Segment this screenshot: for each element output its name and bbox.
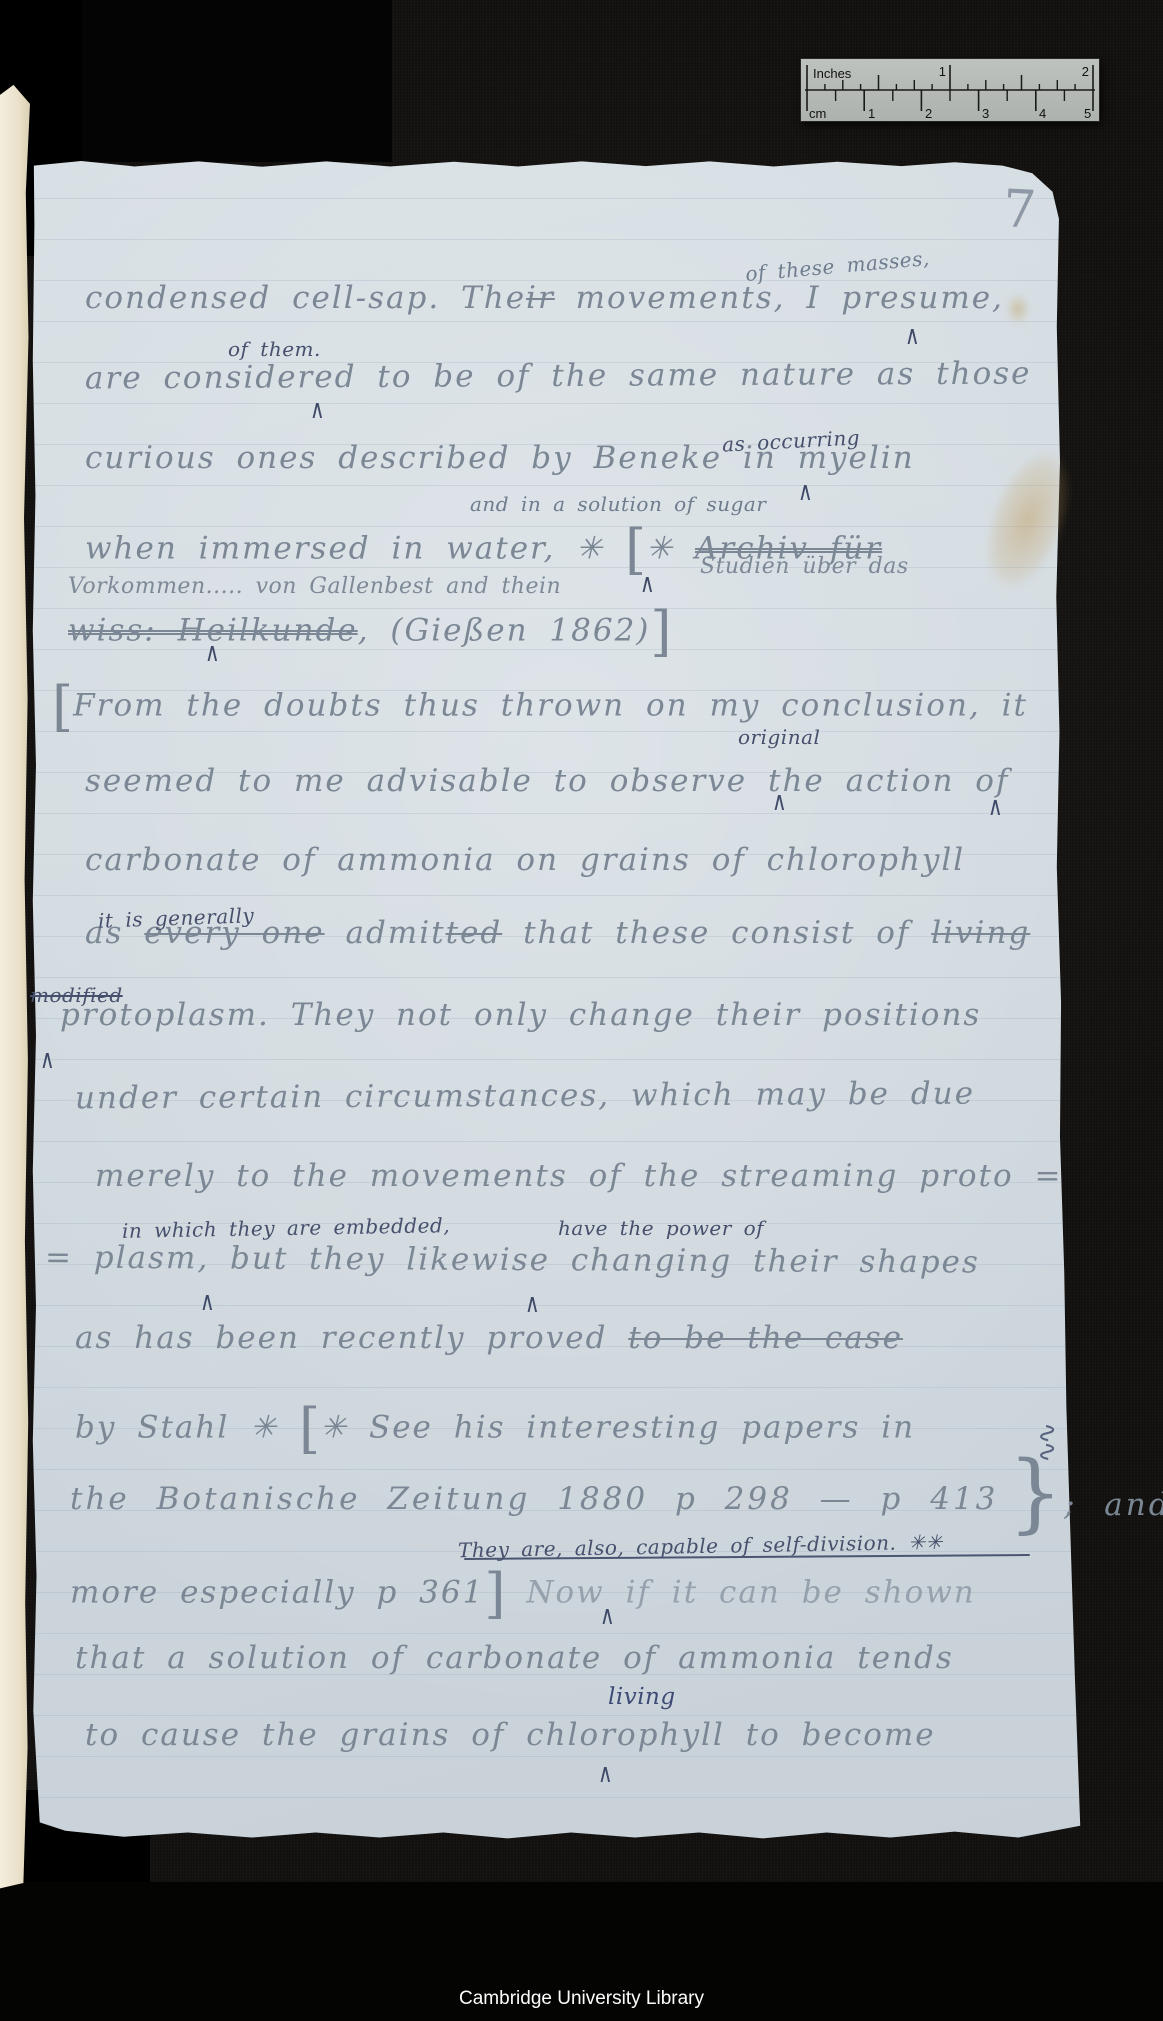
handwritten-line-10: carbonate of ammonia on grains of chloro… bbox=[85, 842, 965, 878]
paper-stain bbox=[947, 409, 1109, 631]
handwritten-line-21: to cause the grains of chlorophyll to be… bbox=[85, 1717, 936, 1753]
measurement-scale-bar: Inches 1 2 cm 1 2 3 4 5 bbox=[801, 59, 1099, 121]
ruler-cm-3: 3 bbox=[982, 106, 989, 121]
handwritten-line-15: = plasm, but they likewise changing thei… bbox=[45, 1240, 980, 1281]
handwritten-line-19: more especially p 361] Now if it can be … bbox=[70, 1562, 976, 1625]
ruler-cm-2: 2 bbox=[925, 106, 932, 121]
ruler-inches-label: Inches bbox=[813, 66, 852, 81]
hand-drawn-squiggle: ∿∿ bbox=[1032, 1422, 1062, 1460]
interlinear-insertion-9: have the power of bbox=[558, 1216, 764, 1240]
dark-flap-top-left bbox=[82, 0, 392, 162]
caret-mark: ∧ bbox=[205, 636, 220, 667]
caret-mark: ∧ bbox=[525, 1287, 540, 1318]
handwriting-layer: 7 condensed cell-sap. Their movements, I… bbox=[28, 158, 1093, 1846]
opening-bracket: [ bbox=[52, 675, 73, 738]
handwritten-line-17: by Stahl ✳ [✳ See his interesting papers… bbox=[75, 1397, 915, 1460]
handwritten-line-12: protoplasm. They not only change their p… bbox=[60, 997, 981, 1033]
interlinear-insertion-4: and in a solution of sugar bbox=[470, 492, 766, 516]
page-number: 7 bbox=[1001, 179, 1037, 241]
caret-mark: ∧ bbox=[988, 790, 1003, 821]
handwritten-line-9: seemed to me advisable to observe the ac… bbox=[85, 763, 1009, 799]
handwritten-line-5: Studien über das bbox=[700, 554, 909, 579]
ruler-inch-1: 1 bbox=[939, 64, 946, 79]
manuscript-photograph: 7 condensed cell-sap. Their movements, I… bbox=[0, 0, 1163, 2021]
ruler-cm-5: 5 bbox=[1084, 106, 1091, 121]
book-page-edge bbox=[0, 84, 30, 1892]
caret-mark: ∧ bbox=[772, 785, 787, 816]
ruler-cm-label: cm bbox=[809, 106, 826, 121]
handwritten-line-2: are considered to be of the same nature … bbox=[85, 356, 1032, 397]
opening-bracket: [ bbox=[299, 1397, 320, 1460]
caret-mark: ∧ bbox=[40, 1043, 55, 1074]
interlinear-insertion-8: in which they are embedded, bbox=[122, 1213, 450, 1243]
caret-mark: ∧ bbox=[200, 1285, 215, 1316]
handwritten-line-13: under certain circumstances, which may b… bbox=[75, 1076, 975, 1117]
paper-stain-small bbox=[1000, 286, 1036, 332]
handwritten-line-7: wiss: Heilkunde, (Gießen 1862)] bbox=[68, 600, 672, 663]
library-credit: Cambridge University Library bbox=[459, 1988, 704, 2009]
handwritten-line-6: Vorkommen..... von Gallenbest and thein bbox=[68, 574, 561, 599]
handwritten-line-1: condensed cell-sap. Their movements, I p… bbox=[85, 280, 1004, 316]
handwritten-line-20: that a solution of carbonate of ammonia … bbox=[75, 1640, 954, 1676]
handwritten-line-18: the Botanische Zeitung 1880 p 298 — p 41… bbox=[70, 1481, 998, 1517]
closing-bracket: ] bbox=[650, 600, 671, 663]
interlinear-insertion-11: living bbox=[608, 1684, 676, 1710]
interlinear-insertion-2: of them. bbox=[228, 337, 321, 361]
handwritten-line-8: [From the doubts thus thrown on my concl… bbox=[52, 675, 1028, 738]
library-credit-bar: Cambridge University Library bbox=[0, 1988, 1163, 2010]
caret-mark: ∧ bbox=[598, 1757, 613, 1788]
ruler-cm-4: 4 bbox=[1039, 106, 1046, 121]
caret-mark: ∧ bbox=[798, 475, 813, 506]
caret-mark: ∧ bbox=[905, 319, 920, 350]
closing-bracket: ] bbox=[484, 1562, 505, 1625]
handwritten-line-16: as has been recently proved to be the ca… bbox=[75, 1320, 903, 1356]
caret-mark: ∧ bbox=[640, 567, 655, 598]
interlinear-insertion-5: original bbox=[738, 725, 820, 749]
ruler-graphic: Inches 1 2 cm 1 2 3 4 5 bbox=[801, 59, 1099, 121]
interlinear-insertion-7: modified bbox=[30, 983, 123, 1007]
ruler-cm-1: 1 bbox=[868, 106, 875, 121]
caret-mark: ∧ bbox=[310, 393, 325, 424]
ruler-inch-2: 2 bbox=[1082, 64, 1089, 79]
caret-mark: ∧ bbox=[600, 1599, 615, 1630]
handwritten-line-14: merely to the movements of the streaming… bbox=[95, 1158, 1063, 1194]
